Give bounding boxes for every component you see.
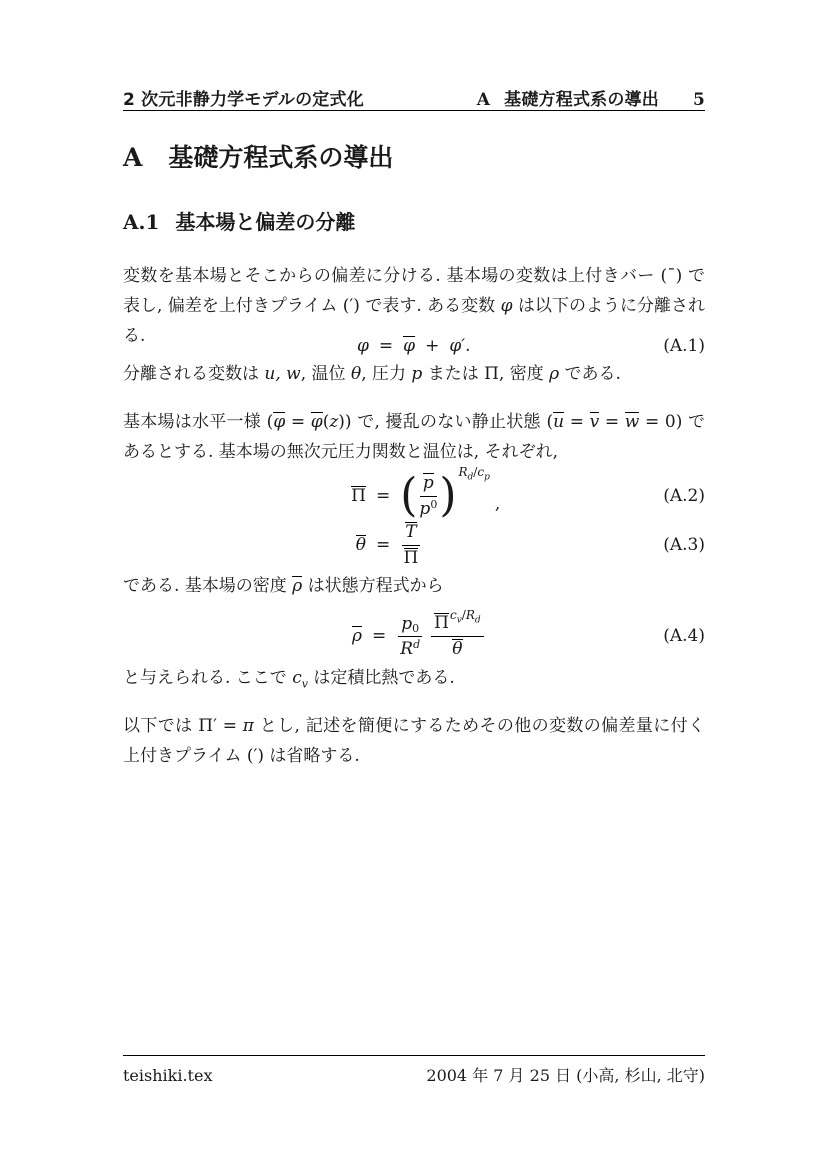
text-run: または Π, 密度	[422, 364, 549, 384]
text-run: φ	[273, 412, 285, 432]
T-bar: T	[405, 522, 416, 542]
subsection-title: 基本場と偏差の分離	[175, 210, 355, 234]
equation-a4-label: (A.4)	[663, 626, 705, 646]
equals-sign: =	[379, 336, 393, 356]
text-run: u	[553, 412, 564, 432]
paragraph-cv-note: と与えられる. ここで cv は定積比熱である.	[123, 663, 705, 693]
paragraph-basic-state: 基本場は水平一様 (φ = φ(z)) で, 擾乱のない静止状態 (u = v …	[123, 407, 705, 467]
equation-a3-math: θ = T Π	[340, 523, 422, 567]
text-run: φ	[311, 412, 323, 432]
paragraph-density-intro: である. 基本場の密度 ρ は状態方程式から	[123, 571, 705, 601]
theta-bar: θ	[340, 535, 366, 555]
rho-bar: ρ	[352, 626, 362, 646]
text-run: π	[243, 716, 254, 736]
comma: ,	[495, 494, 500, 514]
plus-sign: +	[425, 336, 439, 356]
footer-rule	[123, 1055, 705, 1056]
equation-a2: Π = ( p p0 ) Rd/cp , (A.2)	[123, 467, 705, 525]
fraction-pibar-exp-over-thetabar: Πcv/Rd θ	[431, 613, 484, 658]
equals-sign: =	[372, 626, 386, 646]
header-rule	[123, 110, 705, 111]
section-title: 基礎方程式系の導出	[168, 143, 393, 172]
phi-bar: φ	[403, 336, 415, 356]
header-section-number: A	[477, 90, 490, 110]
text-run: 以下では Π′ =	[123, 716, 243, 736]
equation-a4-math: ρ = p0 Rd Πcv/Rd θ	[352, 608, 486, 664]
page-number: 5	[693, 90, 705, 110]
text-run: =	[599, 412, 625, 432]
paragraph-prime-omission: 以下では Π′ = π とし, 記述を簡便にするためその他の変数の偏差量に付く上…	[123, 711, 705, 771]
header-section-title: 基礎方程式系の導出	[504, 85, 659, 110]
equals-sign: =	[376, 535, 390, 555]
open-paren: (	[400, 476, 417, 515]
theta-bar: θ	[452, 639, 462, 659]
section-number: A	[123, 143, 142, 172]
fraction-pbar-over-p0: p p0	[419, 473, 437, 518]
phi: φ	[357, 336, 369, 356]
pi-bar: Π	[404, 548, 419, 568]
text-run: は定積比熱である.	[308, 668, 455, 688]
footer-filename: teishiki.tex	[123, 1066, 212, 1085]
subsection-number: A.1	[123, 210, 159, 234]
text-run: は状態方程式から	[302, 576, 443, 596]
text-run: 分離される変数は	[123, 364, 264, 384]
document-page: { "page": { "header": { "left_title": "2…	[0, 0, 826, 1169]
equation-a2-math: Π = ( p p0 ) Rd/cp ,	[340, 467, 500, 525]
text-run: である.	[559, 364, 621, 384]
exponent-rd-over-cp: Rd/cp	[458, 465, 489, 482]
text-run: , 温位	[301, 364, 351, 384]
text-run: である. 基本場の密度	[123, 576, 292, 596]
pi-bar: Π	[340, 486, 366, 506]
close-paren: )	[439, 476, 456, 515]
text-run: v	[590, 412, 600, 432]
text-run: )) で, 擾乱のない静止状態 (	[338, 412, 553, 432]
text-run: w	[625, 412, 640, 432]
text-run: =	[564, 412, 590, 432]
text-run: p	[411, 364, 422, 384]
equation-a4: ρ = p0 Rd Πcv/Rd θ (A.4)	[123, 608, 705, 664]
subscript-zero: 0	[430, 499, 437, 519]
text-run: φ	[501, 296, 513, 316]
p: p	[419, 499, 430, 519]
text-run: ρ	[549, 364, 559, 384]
paragraph-variables-list: 分離される変数は u, w, 温位 θ, 圧力 p または Π, 密度 ρ であ…	[123, 359, 705, 389]
pi-bar: Π	[434, 613, 449, 633]
text-run: c	[292, 668, 302, 688]
text-run: u, w	[264, 364, 300, 384]
header-left-title: 2 次元非静力学モデルの定式化	[123, 85, 364, 110]
text-run: , 圧力	[361, 364, 411, 384]
text-run: と与えられる. ここで	[123, 668, 292, 688]
subsection-heading: A.1基本場と偏差の分離	[123, 206, 705, 235]
header-right: A 基礎方程式系の導出 5	[477, 85, 705, 110]
text-run: 基本場は水平一様 (	[123, 412, 273, 432]
text-run: θ	[351, 364, 361, 384]
running-footer: teishiki.tex 2004 年 7 月 25 日 (小高, 杉山, 北守…	[123, 1063, 705, 1086]
equation-a2-label: (A.2)	[663, 486, 705, 506]
phi-prime: φ′.	[449, 336, 470, 356]
footer-date-authors: 2004 年 7 月 25 日 (小高, 杉山, 北守)	[426, 1063, 705, 1086]
section-heading: A基礎方程式系の導出	[123, 138, 705, 174]
equation-a1-math: φ = φ + φ′.	[357, 331, 470, 361]
equation-a3-label: (A.3)	[663, 535, 705, 555]
equation-a3: θ = T Π (A.3)	[123, 523, 705, 567]
running-header: 2 次元非静力学モデルの定式化 A 基礎方程式系の導出 5	[123, 85, 705, 110]
text-run: =	[285, 412, 311, 432]
text-run: ρ	[292, 576, 302, 596]
exponent-cv-over-rd: cv/Rd	[450, 608, 481, 625]
text-run: z	[329, 412, 338, 432]
equals-sign: =	[376, 486, 390, 506]
equation-a1-label: (A.1)	[663, 336, 705, 356]
fraction-tbar-over-pibar: T Π	[402, 522, 419, 567]
p-bar: p	[423, 473, 434, 493]
fraction-p0-over-rd: p0 Rd	[398, 614, 422, 659]
equation-a1: φ = φ + φ′. (A.1)	[123, 331, 705, 361]
